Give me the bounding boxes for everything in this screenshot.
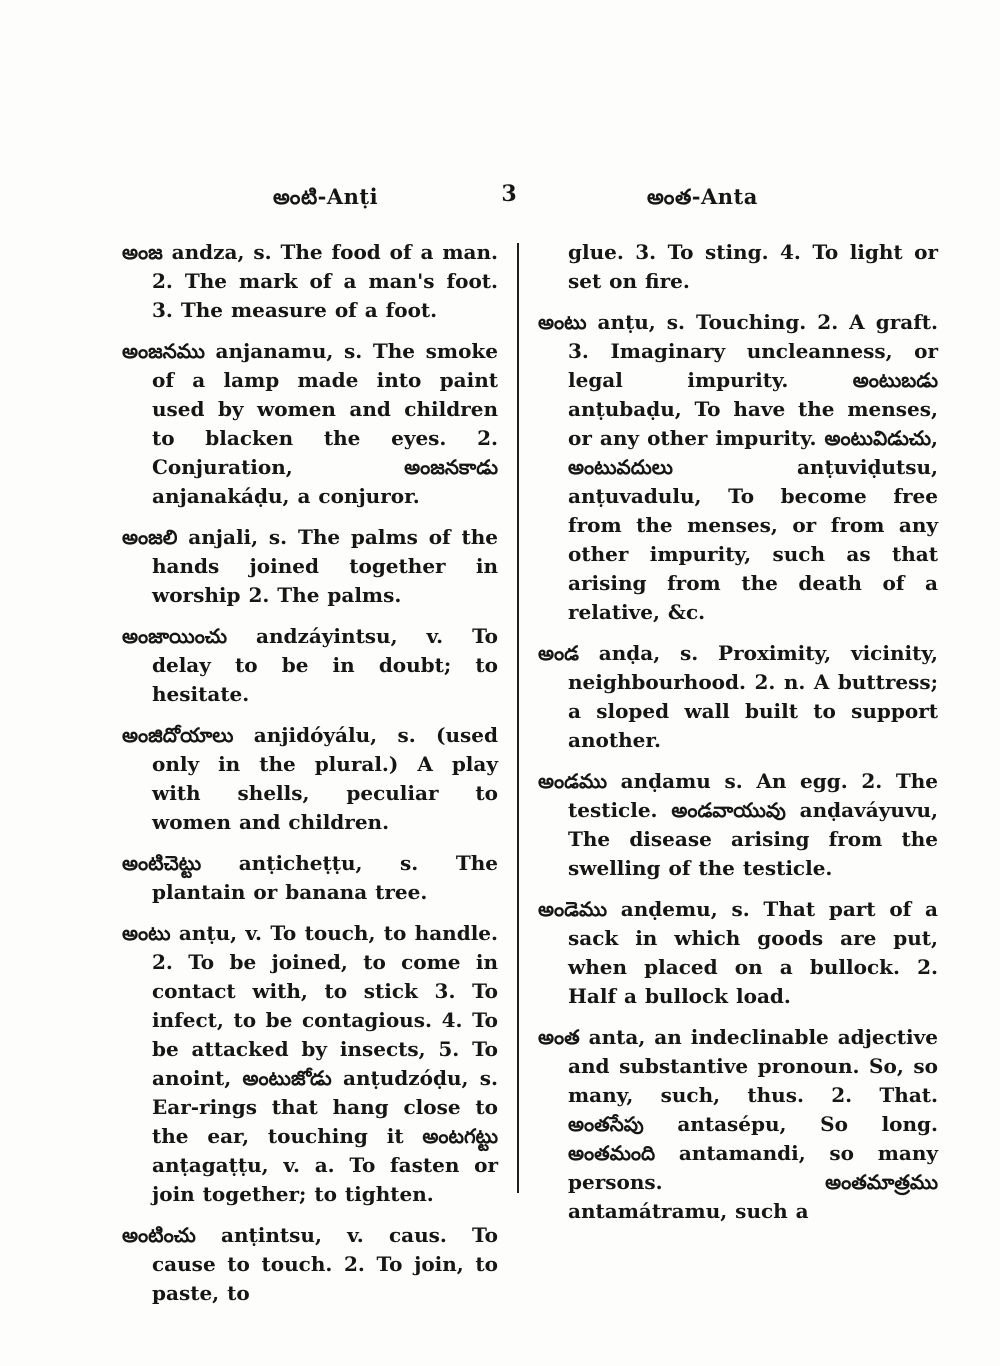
dictionary-entry: అంటించు anṭintsu, v. caus. To cause to t… [122,1221,498,1308]
dictionary-entry: అండము anḍamu s. An egg. 2. The testicle.… [538,767,938,883]
dictionary-entry: అంజ andza, s. The food of a man. 2. The … [122,238,498,325]
right-column: glue. 3. To sting. 4. To light or set on… [538,238,938,1238]
dictionary-entry: అంత anta, an indeclinable adjective and … [538,1023,938,1226]
dictionary-entry: అంజనము anjanamu, s. The smoke of a lamp … [122,337,498,511]
dictionary-entry: అండెము anḍemu, s. That part of a sack in… [538,895,938,1011]
dictionary-entry: అంటు anṭu, v. To touch, to handle. 2. To… [122,919,498,1209]
left-column: అంజ andza, s. The food of a man. 2. The … [122,238,498,1320]
dictionary-entry: అంటు anṭu, s. Touching. 2. A graft. 3. I… [538,308,938,627]
dictionary-entry: అంజిదోయాలు anjidóyálu, s. (used only in … [122,721,498,837]
dictionary-entry: అంటిచెట్టు anṭicheṭṭu, s. The plantain o… [122,849,498,907]
running-head-left: అంటి-Anṭi [273,184,378,215]
column-divider-rule [517,243,519,1193]
dictionary-entry: అంజాయించు andzáyintsu, v. To delay to be… [122,622,498,709]
page-number: 3 [492,181,526,207]
running-head-right: అంత-Anta [647,184,758,215]
scanned-dictionary-page: అంటి-Anṭi 3 అంత-Anta అంజ andza, s. The f… [0,0,1000,1366]
dictionary-entry: glue. 3. To sting. 4. To light or set on… [538,238,938,296]
dictionary-entry: అంజలి anjali, s. The palms of the hands … [122,523,498,610]
dictionary-entry: అండ anḍa, s. Proximity, vicinity, neighb… [538,639,938,755]
